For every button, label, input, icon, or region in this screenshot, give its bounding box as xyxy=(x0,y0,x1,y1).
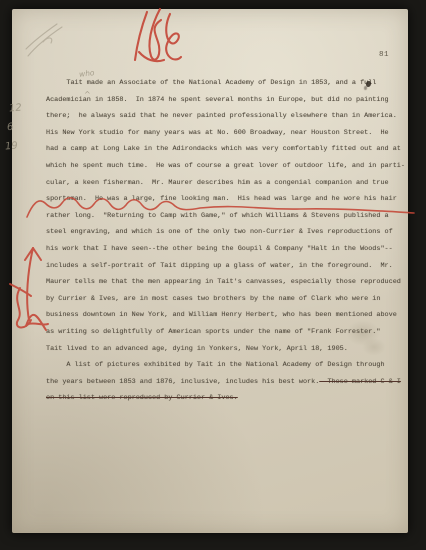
typed-text: his work that I have seen--the other bei… xyxy=(46,245,393,253)
typed-line: his work that I have seen--the other bei… xyxy=(46,241,402,258)
page-number: 81 xyxy=(379,51,389,59)
typed-text: Tait made an Associate of the National A… xyxy=(46,79,376,87)
typed-text: His New York studio for many years was a… xyxy=(46,129,389,137)
typed-line: which he spent much time. He was of cour… xyxy=(46,158,402,175)
typed-line: Tait made an Associate of the National A… xyxy=(46,75,402,92)
typed-line: there; he always said that he never pain… xyxy=(46,108,402,125)
typed-line: the years between 1853 and 1876, inclusi… xyxy=(46,374,402,391)
typed-text: by Currier & Ives, are in most cases two… xyxy=(46,295,380,303)
typed-line: Maurer tells me that the men appearing i… xyxy=(46,274,402,291)
typed-line: includes a self-portrait of Tait dipping… xyxy=(46,258,402,275)
typed-line: Academician in 1858. In 1874 he spent se… xyxy=(46,92,402,109)
typed-line: on this list were reproduced by Currier … xyxy=(46,390,402,407)
typed-text: includes a self-portrait of Tait dipping… xyxy=(46,262,393,270)
typed-text: Tait lived to an advanced age, dying in … xyxy=(46,345,348,353)
typed-line: His New York studio for many years was a… xyxy=(46,125,402,142)
typed-line: Tait lived to an advanced age, dying in … xyxy=(46,341,402,358)
typed-text: rather long. "Returning to Camp with Gam… xyxy=(46,212,389,220)
typed-text: as writing so delightfully of American s… xyxy=(46,328,380,336)
typed-text: business downtown in New York, and Willi… xyxy=(46,311,397,319)
typed-text: A list of pictures exhibited by Tait in … xyxy=(46,361,385,369)
struck-text: on this list were reproduced by Currier … xyxy=(46,394,238,402)
typed-text-body: Tait made an Associate of the National A… xyxy=(46,75,402,407)
typed-line: sportsman. He was a large, fine looking … xyxy=(46,191,402,208)
paper-smudge xyxy=(362,338,386,356)
struck-text: Those marked C & I xyxy=(319,378,401,386)
typed-text: the years between 1853 and 1876, inclusi… xyxy=(46,378,319,386)
typed-text: had a camp at Long Lake in the Adirondac… xyxy=(46,145,401,153)
typed-text: cular, a keen fisherman. Mr. Maurer desc… xyxy=(46,179,389,187)
pencil-caret-mark: ^ xyxy=(84,90,91,99)
typed-text: which he spent much time. He was of cour… xyxy=(46,162,405,170)
typed-text: sportsman. He was a large, fine looking … xyxy=(46,195,397,203)
pencil-insert-word: who xyxy=(79,68,95,79)
typed-line: steel engraving, and which is one of the… xyxy=(46,224,402,241)
pencil-margin-number: 12 xyxy=(9,102,23,114)
typed-text: there; he always said that he never pain… xyxy=(46,112,397,120)
typed-line: rather long. "Returning to Camp with Gam… xyxy=(46,208,402,225)
scanned-manuscript: 81 Tait made an Associate of the Nationa… xyxy=(0,0,426,550)
typed-text: steel engraving, and which is one of the… xyxy=(46,228,393,236)
typed-text: Academician in 1858. In 1874 he spent se… xyxy=(46,96,389,104)
typed-line: cular, a keen fisherman. Mr. Maurer desc… xyxy=(46,175,402,192)
pencil-margin-number: 19 xyxy=(5,140,19,152)
typed-line: A list of pictures exhibited by Tait in … xyxy=(46,357,402,374)
pencil-margin-number: 6 xyxy=(7,122,14,134)
typed-line: by Currier & Ives, are in most cases two… xyxy=(46,291,402,308)
typed-text: Maurer tells me that the men appearing i… xyxy=(46,278,401,286)
typed-line: had a camp at Long Lake in the Adirondac… xyxy=(46,141,402,158)
typed-line: business downtown in New York, and Willi… xyxy=(46,307,402,324)
